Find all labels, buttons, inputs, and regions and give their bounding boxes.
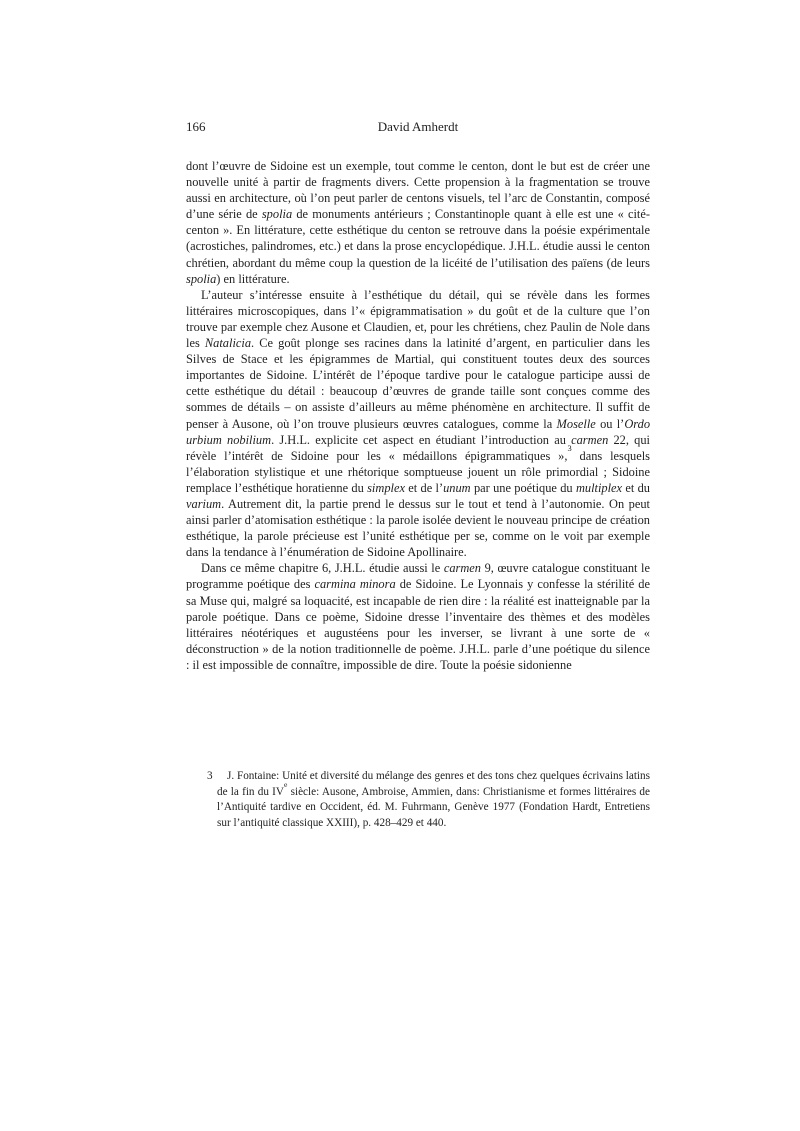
body-text: dont l’œuvre de Sidoine est un exemple, … <box>186 158 650 673</box>
running-title: David Amherdt <box>186 119 650 135</box>
page-header: 166 David Amherdt <box>186 119 650 135</box>
paragraph: Dans ce même chapitre 6, J.H.L. étudie a… <box>186 560 650 673</box>
page-number: 166 <box>186 119 206 135</box>
footnote: 3 J. Fontaine: Unité et diversité du mél… <box>186 769 650 831</box>
footnote-text: J. Fontaine: Unité et diversité du mélan… <box>217 769 650 831</box>
paragraph: dont l’œuvre de Sidoine est un exemple, … <box>186 158 650 287</box>
paragraph: L’auteur s’intéresse ensuite à l’esthéti… <box>186 287 650 561</box>
document-page: 166 David Amherdt dont l’œuvre de Sidoin… <box>0 0 800 1131</box>
footnote-number: 3 <box>207 769 213 785</box>
